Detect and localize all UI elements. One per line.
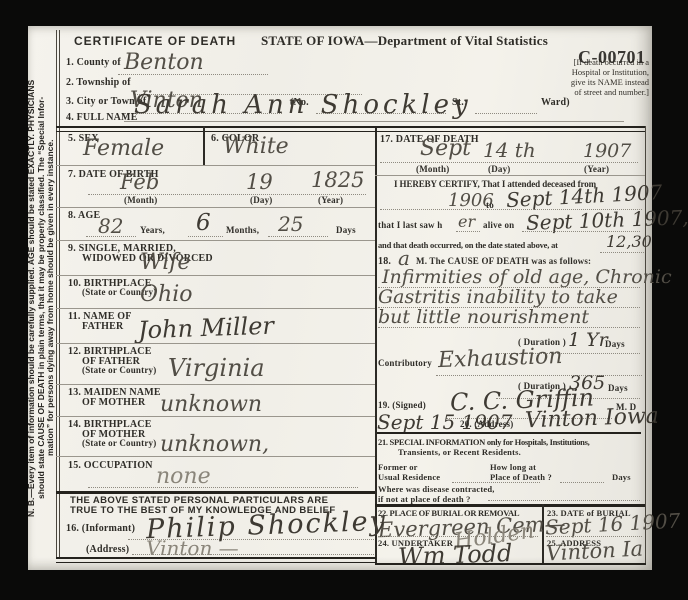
file-number-stamp: C-00701 bbox=[578, 47, 646, 68]
birthplace-value: Ohio bbox=[140, 284, 193, 306]
color-value: White bbox=[223, 136, 289, 158]
informant-address-line bbox=[132, 554, 374, 555]
where-contracted-label1: Where was disease contracted, bbox=[378, 485, 495, 494]
hospital-note-line: Hospital or Institution, bbox=[525, 67, 649, 77]
burial-section-rule bbox=[375, 504, 645, 507]
death-day-label: (Day) bbox=[488, 165, 511, 175]
contributory-value: Exhaustion bbox=[438, 346, 563, 372]
township-label: 2. Township of bbox=[66, 77, 131, 88]
last-saw-text: that I last saw h bbox=[378, 221, 442, 231]
row-rule bbox=[56, 416, 375, 417]
last-saw-date: Sept 10th 1907, bbox=[526, 207, 688, 233]
hospital-note-line: of street and number.] bbox=[525, 87, 649, 97]
death-month-label: (Month) bbox=[416, 165, 449, 175]
sex-color-divider bbox=[203, 126, 205, 166]
ward-label: Ward) bbox=[541, 97, 570, 108]
county-value: Benton bbox=[124, 52, 204, 74]
father-value: John Miller bbox=[138, 314, 275, 343]
cause-line3: but little nourishment bbox=[378, 308, 589, 327]
death-year-label: (Year) bbox=[584, 165, 609, 175]
mother-label2: OF MOTHER bbox=[82, 397, 145, 408]
full-name-value: Sarah Ann Shockley bbox=[134, 92, 472, 118]
row-rule bbox=[56, 165, 375, 166]
father-label2: FATHER bbox=[82, 321, 123, 332]
how-long-days-label: Days bbox=[612, 473, 631, 482]
county-line bbox=[118, 74, 268, 75]
age-years-label: Years, bbox=[140, 226, 165, 236]
informant-address-label: (Address) bbox=[86, 544, 129, 555]
former-residence-label1: Former or bbox=[378, 463, 418, 472]
column-divider bbox=[375, 126, 377, 563]
occupation-label: 15. OCCUPATION bbox=[68, 460, 153, 471]
age-days-value: 25 bbox=[278, 214, 303, 234]
attended-to-value: Sept 14th 1907 bbox=[506, 182, 663, 210]
row-rule bbox=[375, 175, 645, 176]
age-months-value: 6 bbox=[196, 212, 211, 235]
signed-underline bbox=[377, 432, 641, 434]
birth-year-label: (Year) bbox=[318, 196, 343, 206]
bottom-double-rule-left bbox=[56, 557, 376, 563]
burial-date-value: Sept 16 1907 bbox=[545, 510, 681, 537]
marital-value: Wife bbox=[140, 252, 190, 274]
row-rule bbox=[56, 275, 375, 276]
cause-line1: Infirmities of old age, Chronic bbox=[382, 268, 672, 287]
mother-bp-label3: (State or Country) bbox=[82, 439, 156, 449]
mother-bp-value: unknown, bbox=[160, 434, 269, 456]
form-left-border-outer bbox=[56, 30, 57, 558]
birth-day-label: (Day) bbox=[250, 196, 273, 206]
cause-line2: Gastritis inability to take bbox=[378, 288, 618, 307]
where-contracted-line bbox=[488, 500, 640, 501]
duration2-days-label: Days bbox=[608, 384, 628, 394]
undertaker-address-value: Vinton Ia bbox=[546, 538, 644, 564]
age-line bbox=[268, 236, 328, 237]
contributory-label: Contributory bbox=[378, 359, 432, 369]
how-long-line bbox=[560, 482, 604, 483]
bottom-rule-right bbox=[375, 563, 646, 565]
special-info-line1: 21. SPECIAL INFORMATION only for Hospita… bbox=[378, 438, 589, 447]
am-fill: a bbox=[398, 248, 410, 268]
how-long-label1: How long at bbox=[490, 463, 536, 472]
death-day-value: 14 th bbox=[483, 140, 536, 160]
age-label: 8. AGE bbox=[68, 210, 100, 221]
father-bp-value: Virginia bbox=[168, 356, 265, 380]
death-time-line bbox=[600, 252, 644, 253]
row-rule bbox=[56, 384, 375, 385]
street-line bbox=[475, 113, 537, 114]
how-long-label2: Place of Death ? bbox=[490, 473, 552, 482]
age-months-label: Months, bbox=[226, 226, 259, 236]
informant-signature: Philip Shockley bbox=[146, 508, 388, 543]
occupation-line bbox=[88, 487, 358, 488]
birth-month-label: (Month) bbox=[124, 196, 157, 206]
form-left-border-inner bbox=[59, 30, 60, 558]
row-rule bbox=[56, 308, 375, 309]
physician-address-label: 20. (Address) bbox=[460, 420, 513, 430]
last-saw-line bbox=[456, 231, 480, 232]
sex-value: Female bbox=[83, 138, 164, 160]
alive-on-label: alive on bbox=[483, 221, 514, 231]
special-info-line2: Transients, or Recent Residents. bbox=[398, 448, 521, 457]
age-line bbox=[86, 236, 136, 237]
row-rule bbox=[56, 207, 375, 208]
margin-note: N. B.—Every item of information should b… bbox=[28, 26, 55, 570]
death-month-value: Sept bbox=[420, 138, 471, 160]
hospital-note-line: give its NAME instead bbox=[525, 77, 649, 87]
row-rule bbox=[56, 240, 375, 241]
state-title: STATE OF IOWA—Department of Vital Statis… bbox=[261, 34, 548, 48]
occupation-value: none bbox=[156, 466, 211, 488]
margin-note-line3: mation” for persons dying away from home… bbox=[46, 26, 56, 570]
informant-label: 16. (Informant) bbox=[66, 523, 135, 534]
physician-address-value: Vinton Iowa bbox=[525, 406, 660, 433]
duration1-value: 1 Yr bbox=[568, 331, 608, 350]
age-days-label: Days bbox=[336, 226, 356, 236]
birth-day-value: 19 bbox=[246, 172, 273, 193]
last-saw-fill: er bbox=[458, 214, 475, 230]
age-line bbox=[188, 236, 223, 237]
contributory-line bbox=[436, 375, 642, 376]
birth-month-value: Feb bbox=[120, 172, 159, 193]
death-date-line bbox=[380, 162, 638, 163]
age-years-value: 82 bbox=[98, 216, 123, 236]
certificate-title: CERTIFICATE OF DEATH bbox=[74, 35, 236, 48]
mother-value: unknown bbox=[160, 394, 262, 416]
father-bp-label3: (State or Country) bbox=[82, 366, 156, 376]
full-name-line bbox=[124, 121, 624, 122]
death-time-value: 12,30 bbox=[606, 234, 652, 250]
cause-rule bbox=[378, 327, 640, 328]
death-year-value: 1907 bbox=[583, 142, 631, 161]
row-rule bbox=[56, 456, 375, 457]
attestation-rule bbox=[56, 491, 375, 494]
certificate-paper: N. B.—Every item of information should b… bbox=[28, 26, 652, 570]
row-rule bbox=[56, 343, 375, 344]
where-contracted-label2: if not at place of death ? bbox=[378, 495, 471, 504]
county-label: 1. County of bbox=[66, 57, 121, 68]
former-residence-label2: Usual Residence bbox=[378, 473, 440, 482]
birth-year-value: 1825 bbox=[311, 170, 364, 191]
section-double-rule bbox=[56, 126, 645, 132]
